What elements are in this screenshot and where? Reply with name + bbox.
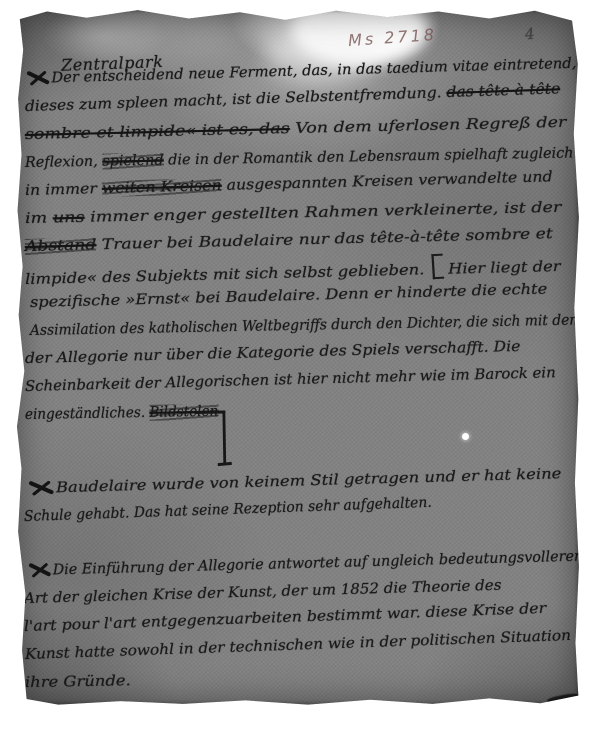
manuscript-line: ihre Gründe. xyxy=(25,670,131,696)
cross-mark-icon xyxy=(30,479,51,496)
struck-text: weiten Kreisen xyxy=(102,178,222,197)
handwritten-text: im xyxy=(25,210,53,227)
manuscript-line: eingeständliches. Bildstelen xyxy=(25,401,219,428)
struck-text: uns xyxy=(53,210,85,227)
corner-bracket-icon xyxy=(194,411,226,465)
handwritten-text: ausgespannten Kreisen verwandelte und xyxy=(221,169,552,194)
handwritten-text: Reflexion, xyxy=(25,154,103,171)
handwritten-text: Baudelaire wurde von keinem Stil getrage… xyxy=(56,466,562,496)
paper-blemish xyxy=(462,433,469,440)
paper-corner-tear xyxy=(547,692,580,706)
insertion-bracket-icon xyxy=(431,254,444,280)
struck-text: sombre et limpide« ist es, das xyxy=(25,121,290,143)
struck-text: spielend xyxy=(102,153,164,170)
handwritten-text: Trauer bei Baudelaire nur das tête-à-têt… xyxy=(96,226,553,253)
manuscript-page: Ms 2718 4 Zentralpark Der entscheidend n… xyxy=(13,8,580,706)
cross-mark-icon xyxy=(30,562,48,578)
struck-text: das tête-à-tête xyxy=(446,81,560,101)
handwritten-text: ihre Gründe. xyxy=(25,673,131,691)
cross-mark-icon xyxy=(28,69,47,86)
handwritten-text: die in der Romantik den Lebensraum spiel… xyxy=(163,145,573,168)
handwritten-text: Hier liegt der xyxy=(448,259,561,278)
handwritten-text: in immer xyxy=(25,181,102,199)
manuscript-title: Zentralpark xyxy=(30,33,164,62)
handwritten-text: Von dem uferlosen Regreß der xyxy=(290,115,567,137)
handwritten-text: Assimilation des katholischen Weltbegrif… xyxy=(30,312,583,339)
struck-text: Abstand xyxy=(25,237,97,255)
handwritten-text: der Allegorie nur über die Kategorie des… xyxy=(25,339,521,367)
handwritten-text: eingeständliches. xyxy=(25,405,150,423)
handwritten-text: immer enger gestellten Rahmen verkleiner… xyxy=(84,200,561,226)
manuscript-photo: Ms 2718 4 Zentralpark Der entscheidend n… xyxy=(0,0,600,747)
page-number: 4 xyxy=(524,25,535,44)
handwritten-text: Die Einführung der Allegorie antwortet a… xyxy=(53,549,584,579)
